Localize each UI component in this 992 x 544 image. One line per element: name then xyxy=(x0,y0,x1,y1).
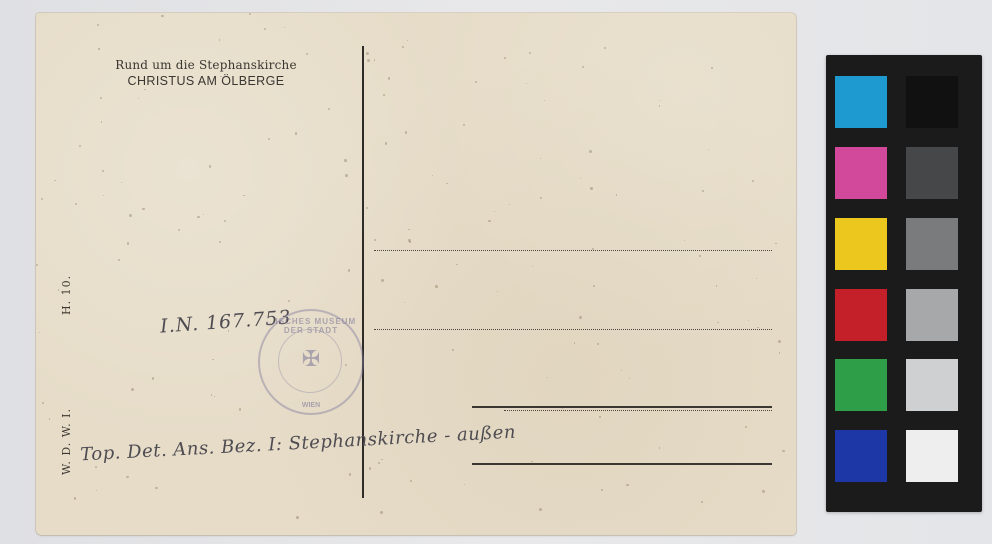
postcard-heading: Rund um die Stephanskirche CHRISTUS AM Ö… xyxy=(106,57,306,89)
publisher-mark: W. D. W. I. xyxy=(60,408,73,475)
color-calibration-chart xyxy=(826,55,982,512)
address-line-4 xyxy=(472,463,772,465)
color-patch-black xyxy=(906,76,958,128)
color-patch-red xyxy=(835,289,887,341)
address-line-3-dots xyxy=(504,410,772,411)
heading-title: CHRISTUS AM ÖLBERGE xyxy=(106,73,306,89)
color-patch-green xyxy=(835,359,887,411)
stamp-city: WIEN xyxy=(260,402,362,409)
color-patch-lighter-gray xyxy=(906,359,958,411)
publisher-code: H. 10. xyxy=(60,275,73,315)
color-patch-yellow xyxy=(835,218,887,270)
museum-stamp: ...ISCHES MUSEUM DER STADT ✠ WIEN xyxy=(258,309,364,415)
color-patch-white xyxy=(906,430,958,482)
color-patch-mid-gray xyxy=(906,218,958,270)
color-patch-cyan xyxy=(835,76,887,128)
color-patch-magenta xyxy=(835,147,887,199)
handwritten-note: Top. Det. Ans. Bez. I: Stephanskirche - … xyxy=(80,422,517,466)
eagle-emblem-icon: ✠ xyxy=(260,347,362,372)
address-line-2 xyxy=(374,329,772,330)
color-patch-blue xyxy=(835,430,887,482)
address-line-3 xyxy=(472,406,772,408)
postcard-back: Rund um die Stephanskirche CHRISTUS AM Ö… xyxy=(36,13,796,535)
color-patch-light-gray xyxy=(906,289,958,341)
color-patch-dark-gray xyxy=(906,147,958,199)
heading-subtitle: Rund um die Stephanskirche xyxy=(106,57,306,73)
address-line-1 xyxy=(374,250,772,251)
